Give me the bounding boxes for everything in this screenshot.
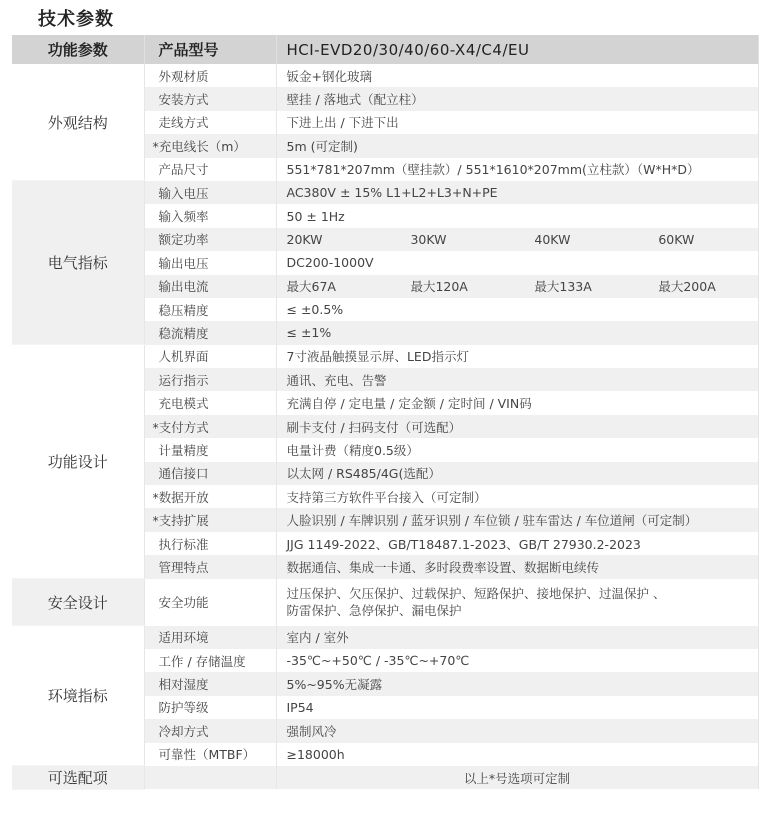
safety-line-2: 防雷保护、急停保护、漏电保护 — [287, 602, 758, 619]
current-133a: 最大133A — [534, 277, 658, 295]
row-label: 输入电压 — [144, 181, 276, 204]
row-value: 5m (可定制) — [276, 134, 758, 157]
row-value: 5%~95%无凝露 — [276, 672, 758, 695]
header-model-number: HCI-EVD20/30/40/60-X4/C4/EU — [276, 35, 758, 64]
row-value: 支持第三方软件平台接入（可定制） — [276, 485, 758, 508]
section-optional-items: 可选配项 — [12, 766, 144, 789]
row-label: 输出电压 — [144, 251, 276, 274]
row-value: 刷卡支付 / 扫码支付（可选配） — [276, 415, 758, 438]
spec-table: 功能参数 产品型号 HCI-EVD20/30/40/60-X4/C4/EU 外观… — [12, 35, 759, 790]
row-label: 通信接口 — [144, 462, 276, 485]
row-value: 551*781*207mm（壁挂款）/ 551*1610*207mm(立柱款）（… — [276, 158, 758, 181]
row-label: 执行标准 — [144, 532, 276, 555]
table-row: 环境指标 适用环境 室内 / 室外 — [12, 626, 758, 649]
power-40kw: 40KW — [534, 232, 658, 247]
row-label: *支持扩展 — [144, 508, 276, 531]
row-value-multi: 20KW 30KW 40KW 60KW — [276, 228, 758, 251]
row-label: *支付方式 — [144, 415, 276, 438]
row-label: 稳流精度 — [144, 321, 276, 344]
power-30kw: 30KW — [410, 232, 534, 247]
row-label: 相对湿度 — [144, 672, 276, 695]
row-label: 安全功能 — [144, 579, 276, 626]
row-label: 人机界面 — [144, 345, 276, 368]
section-function-design: 功能设计 — [12, 345, 144, 579]
row-label: 走线方式 — [144, 111, 276, 134]
optional-note: 以上*号选项可定制 — [276, 766, 758, 789]
row-value: AC380V ± 15% L1+L2+L3+N+PE — [276, 181, 758, 204]
table-row: 功能设计 人机界面 7寸液晶触摸显示屏、LED指示灯 — [12, 345, 758, 368]
header-product-model: 产品型号 — [144, 35, 276, 64]
page-title: 技术参数 — [38, 5, 114, 31]
row-label: 可靠性（MTBF） — [144, 743, 276, 766]
row-value: 钣金+钢化玻璃 — [276, 64, 758, 87]
row-value: 50 ± 1Hz — [276, 204, 758, 227]
table-row: 可选配项 以上*号选项可定制 — [12, 766, 758, 789]
row-value: IP54 — [276, 696, 758, 719]
row-label: 管理特点 — [144, 555, 276, 578]
row-value: 电量计费（精度0.5级） — [276, 438, 758, 461]
row-label: 外观材质 — [144, 64, 276, 87]
optional-empty-cell — [144, 766, 276, 789]
row-value: 人脸识别 / 车牌识别 / 蓝牙识别 / 车位锁 / 驻车雷达 / 车位道闸（可… — [276, 508, 758, 531]
row-value: 室内 / 室外 — [276, 626, 758, 649]
row-value-multi: 最大67A 最大120A 最大133A 最大200A — [276, 275, 758, 298]
row-label: 工作 / 存储温度 — [144, 649, 276, 672]
row-label: 计量精度 — [144, 438, 276, 461]
section-safety-design: 安全设计 — [12, 579, 144, 626]
table-header-row: 功能参数 产品型号 HCI-EVD20/30/40/60-X4/C4/EU — [12, 35, 758, 64]
row-label: 防护等级 — [144, 696, 276, 719]
row-label: 额定功率 — [144, 228, 276, 251]
section-electrical: 电气指标 — [12, 181, 144, 345]
row-label: 输出电流 — [144, 275, 276, 298]
current-200a: 最大200A — [658, 277, 757, 295]
row-label: *充电线长（m） — [144, 134, 276, 157]
row-value: 壁挂 / 落地式（配立柱） — [276, 87, 758, 110]
row-label: 输入频率 — [144, 204, 276, 227]
section-appearance: 外观结构 — [12, 64, 144, 181]
header-function-params: 功能参数 — [12, 35, 144, 64]
row-label: 运行指示 — [144, 368, 276, 391]
table-row: 安全设计 安全功能 过压保护、欠压保护、过载保护、短路保护、接地保护、过温保护 … — [12, 579, 758, 626]
row-value: -35℃~+50℃ / -35℃~+70℃ — [276, 649, 758, 672]
power-60kw: 60KW — [658, 232, 757, 247]
row-value: DC200-1000V — [276, 251, 758, 274]
safety-line-1: 过压保护、欠压保护、过载保护、短路保护、接地保护、过温保护 、 — [287, 585, 758, 602]
row-label: *数据开放 — [144, 485, 276, 508]
row-value: 充满自停 / 定电量 / 定金额 / 定时间 / VIN码 — [276, 391, 758, 414]
current-67a: 最大67A — [287, 277, 411, 295]
row-value: 通讯、充电、告警 — [276, 368, 758, 391]
row-value: ≤ ±0.5% — [276, 298, 758, 321]
section-environment: 环境指标 — [12, 626, 144, 766]
row-value: ≥18000h — [276, 743, 758, 766]
table-row: 电气指标 输入电压 AC380V ± 15% L1+L2+L3+N+PE — [12, 181, 758, 204]
row-label: 适用环境 — [144, 626, 276, 649]
current-120a: 最大120A — [410, 277, 534, 295]
row-label: 产品尺寸 — [144, 158, 276, 181]
row-value: ≤ ±1% — [276, 321, 758, 344]
row-value: 以太网 / RS485/4G(选配） — [276, 462, 758, 485]
row-label: 充电模式 — [144, 391, 276, 414]
row-label: 稳压精度 — [144, 298, 276, 321]
row-value: 过压保护、欠压保护、过载保护、短路保护、接地保护、过温保护 、 防雷保护、急停保… — [276, 579, 758, 626]
row-label: 安装方式 — [144, 87, 276, 110]
row-value: JJG 1149-2022、GB/T18487.1-2023、GB/T 2793… — [276, 532, 758, 555]
row-label: 冷却方式 — [144, 719, 276, 742]
power-20kw: 20KW — [287, 232, 411, 247]
row-value: 7寸液晶触摸显示屏、LED指示灯 — [276, 345, 758, 368]
table-row: 外观结构 外观材质 钣金+钢化玻璃 — [12, 64, 758, 87]
row-value: 下进上出 / 下进下出 — [276, 111, 758, 134]
row-value: 数据通信、集成一卡通、多时段费率设置、数据断电续传 — [276, 555, 758, 578]
row-value: 强制风冷 — [276, 719, 758, 742]
